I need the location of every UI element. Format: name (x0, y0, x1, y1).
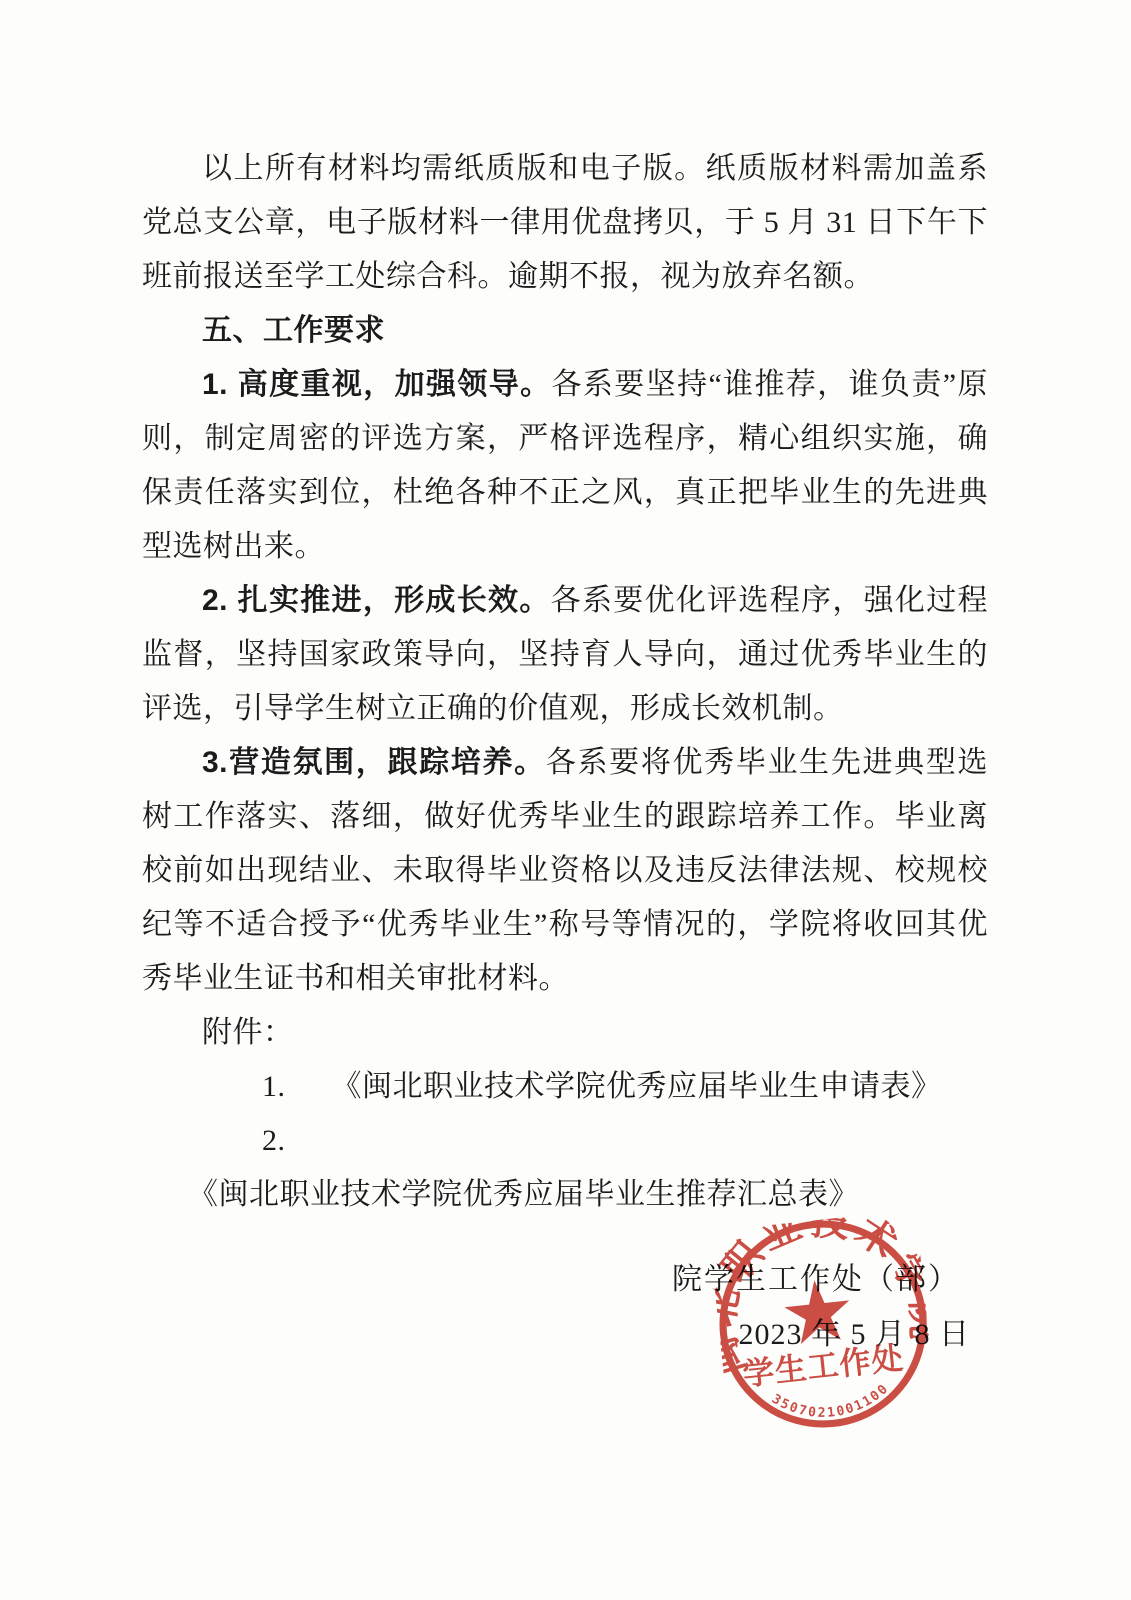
work-item-2: 2. 扎实推进，形成长效。各系要优化评选程序，强化过程监督，坚持国家政策导向，坚… (142, 574, 988, 736)
section-heading: 五、工作要求 (142, 304, 988, 358)
intro-paragraph: 以上所有材料均需纸质版和电子版。纸质版材料需加盖系党总支公章，电子版材料一律用优… (142, 142, 988, 304)
attachment-2-number: 2. (202, 1114, 286, 1168)
attachment-1-number: 1. (202, 1060, 286, 1114)
date-line: 2023 年 5 月 8 日 (739, 1309, 971, 1353)
attachments-label: 附件： (142, 1006, 988, 1060)
work-item-1: 1. 高度重视，加强领导。各系要坚持“谁推荐，谁负责”原则，制定周密的评选方案，… (142, 358, 988, 574)
attachment-2-title: 《闽北职业技术学院优秀应届毕业生推荐汇总表》 (188, 1178, 859, 1211)
signature-line: 院学生工作处（部） (672, 1254, 960, 1298)
work-item-2-lead: 2. 扎实推进，形成长效。 (202, 584, 551, 617)
work-item-3-body: 各系要将优秀毕业生先进典型选树工作落实、落细，做好优秀毕业生的跟踪培养工作。毕业… (142, 746, 988, 995)
work-item-3: 3.营造氛围，跟踪培养。各系要将优秀毕业生先进典型选树工作落实、落细，做好优秀毕… (142, 736, 988, 1006)
document-body: 以上所有材料均需纸质版和电子版。纸质版材料需加盖系党总支公章，电子版材料一律用优… (142, 142, 988, 1222)
attachment-1-title: 《闽北职业技术学院优秀应届毕业生申请表》 (332, 1070, 942, 1103)
attachment-item-2: 2.《闽北职业技术学院优秀应届毕业生推荐汇总表》 (142, 1114, 988, 1222)
attachment-item-1: 1.《闽北职业技术学院优秀应届毕业生申请表》 (142, 1060, 988, 1114)
work-item-1-lead: 1. 高度重视，加强领导。 (202, 368, 552, 401)
document-page: 以上所有材料均需纸质版和电子版。纸质版材料需加盖系党总支公章，电子版材料一律用优… (0, 0, 1131, 1600)
work-item-3-lead: 3.营造氛围，跟踪培养。 (202, 746, 546, 779)
